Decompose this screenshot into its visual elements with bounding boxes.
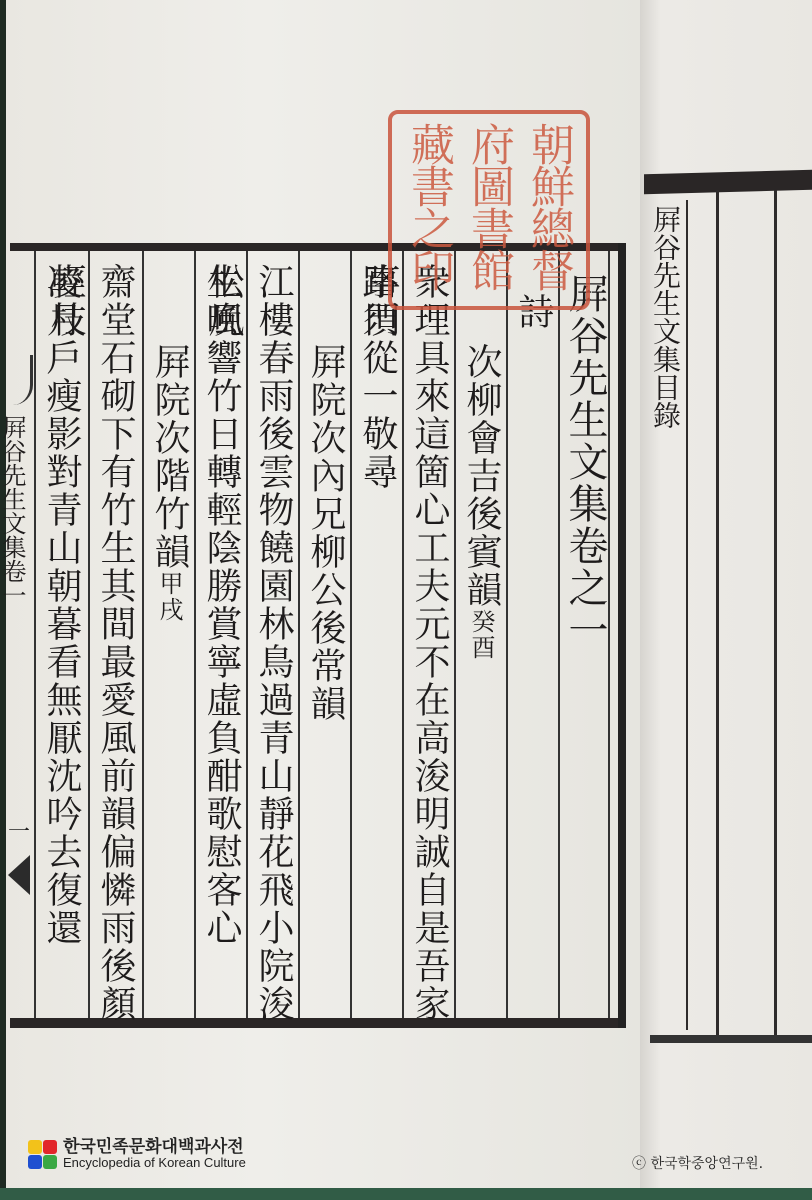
poem-line: 江樓春雨後雲物饒園林鳥過青山靜花飛小院浚松風	[248, 263, 298, 1028]
facing-page-column-line	[686, 200, 688, 1030]
logo-english-text: Encyclopedia of Korean Culture	[63, 1156, 246, 1170]
book-cover-edge	[0, 1188, 812, 1200]
logo-icon	[28, 1140, 57, 1169]
encyclopedia-logo[interactable]: 한국민족문화대백과사전 Encyclopedia of Korean Cultu…	[28, 1138, 246, 1170]
poem-title-1: 次柳會吉後賓韻癸酉	[456, 343, 506, 661]
fold-page-number: 一	[8, 815, 30, 846]
poem-line: 衆理具來這箇心工夫元不在高浚明誠自是吾家事門	[404, 263, 454, 1028]
volume-title: 屛谷先生文集卷之一	[560, 273, 610, 651]
poem-title-3: 屛院次階竹韻甲戌	[144, 343, 194, 623]
poem-line: 生晩響竹日轉輕陰勝賞寧虛負酣歌慰客心	[196, 263, 246, 947]
column-divider	[506, 251, 508, 1018]
poem-title-text: 次柳會吉後賓韻	[461, 343, 502, 609]
frame-right-border	[618, 243, 626, 1028]
text-frame: 屛谷先生文集卷之一 詩 次柳會吉後賓韻癸酉 衆理具來這箇心工夫元不在高浚明誠自是…	[10, 243, 626, 1028]
poem-line: 齋堂石砌下有竹生其間最愛風前韻偏憐雨後顏輕枝	[90, 263, 140, 1028]
library-seal-stamp: 朝鮮總督府圖書館藏書之印	[388, 110, 590, 310]
facing-page-column-line	[774, 190, 777, 1040]
poem-title-2: 屛院次內兄柳公後常韻	[300, 343, 350, 723]
poem-title-text: 屛院次階竹韻	[149, 343, 190, 571]
copyright-notice: ⓒ 한국학중앙연구원.	[632, 1153, 763, 1173]
facing-page-column-line	[716, 190, 719, 1040]
facing-page-frame-bottom	[650, 1035, 812, 1043]
poem-date-note: 癸酉	[467, 609, 495, 661]
fold-title-text: 屛谷先生文集卷一	[0, 415, 26, 607]
logo-korean-text: 한국민족문화대백과사전	[63, 1138, 246, 1156]
seal-text: 朝鮮總督府圖書館藏書之印	[400, 122, 578, 298]
facing-page-title: 屛谷先生文集目錄	[648, 205, 682, 429]
poem-date-note: 甲戌	[155, 571, 183, 623]
poem-line: 凌月戶瘦影對青山朝暮看無厭沈吟去復還	[36, 263, 86, 947]
